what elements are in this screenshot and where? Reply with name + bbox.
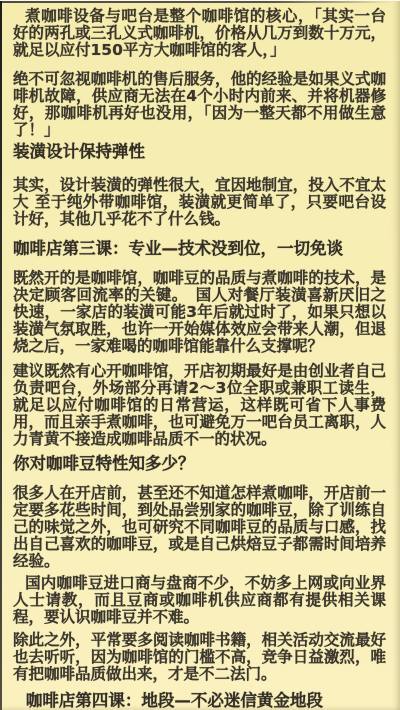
document-page: 煮咖啡设备与吧台是整个咖啡馆的核心，「其实一台好的两孔或三孔义式咖啡机，价格从几… [0,0,400,710]
section-heading-decor-flexibility: 装潢设计保持弹性 [13,143,386,161]
paragraph-staffing-advice: 建议既然有心开咖啡馆，开店初期最好是由创业者自己负责吧台，外场部分再请2～3位全… [13,363,386,448]
section-heading-lesson-three: 咖啡店第三课：专业—技术没到位，一切免谈 [13,240,386,258]
paragraph-decor-flexibility: 其实，设计装潢的弹性很大，宜因地制宜，投入不宜太大 至于纯外带咖啡馆，装潢就更简… [13,177,386,228]
section-heading-bean-knowledge: 你对咖啡豆特性知多少？ [13,455,386,473]
section-heading-lesson-four: 咖啡店第四课：地段—不必迷信黄金地段 [13,692,386,710]
paragraph-after-sales-service: 绝不可忽视咖啡机的售后服务，他的经验是如果义式咖啡机故障，供应商无法在4个小时内… [13,71,386,139]
paragraph-reading-and-competition: 除此之外，平常要多阅读咖啡书籍，相关活动交流最好也去听听，因为咖啡馆的门槛不高，… [13,632,386,683]
paragraph-coffee-equipment: 煮咖啡设备与吧台是整个咖啡馆的核心，「其实一台好的两孔或三孔义式咖啡机，价格从几… [13,8,386,59]
paragraph-tasting-experience: 很多人在开店前，甚至还不知道怎样煮咖啡，开店前一定要多花些时间，到处品尝别家的咖… [13,485,386,570]
paragraph-coffee-quality-key: 既然开的是咖啡馆，咖啡豆的品质与煮咖啡的技术，是决定顾客回流率的关键。 国人对餐… [13,270,386,355]
paragraph-bean-importers: 国内咖啡豆进口商与盘商不少，不妨多上网或向业界人士请教，而且豆商或咖啡机供应商都… [13,575,386,626]
article-body: 煮咖啡设备与吧台是整个咖啡馆的核心，「其实一台好的两孔或三孔义式咖啡机，价格从几… [0,0,400,710]
